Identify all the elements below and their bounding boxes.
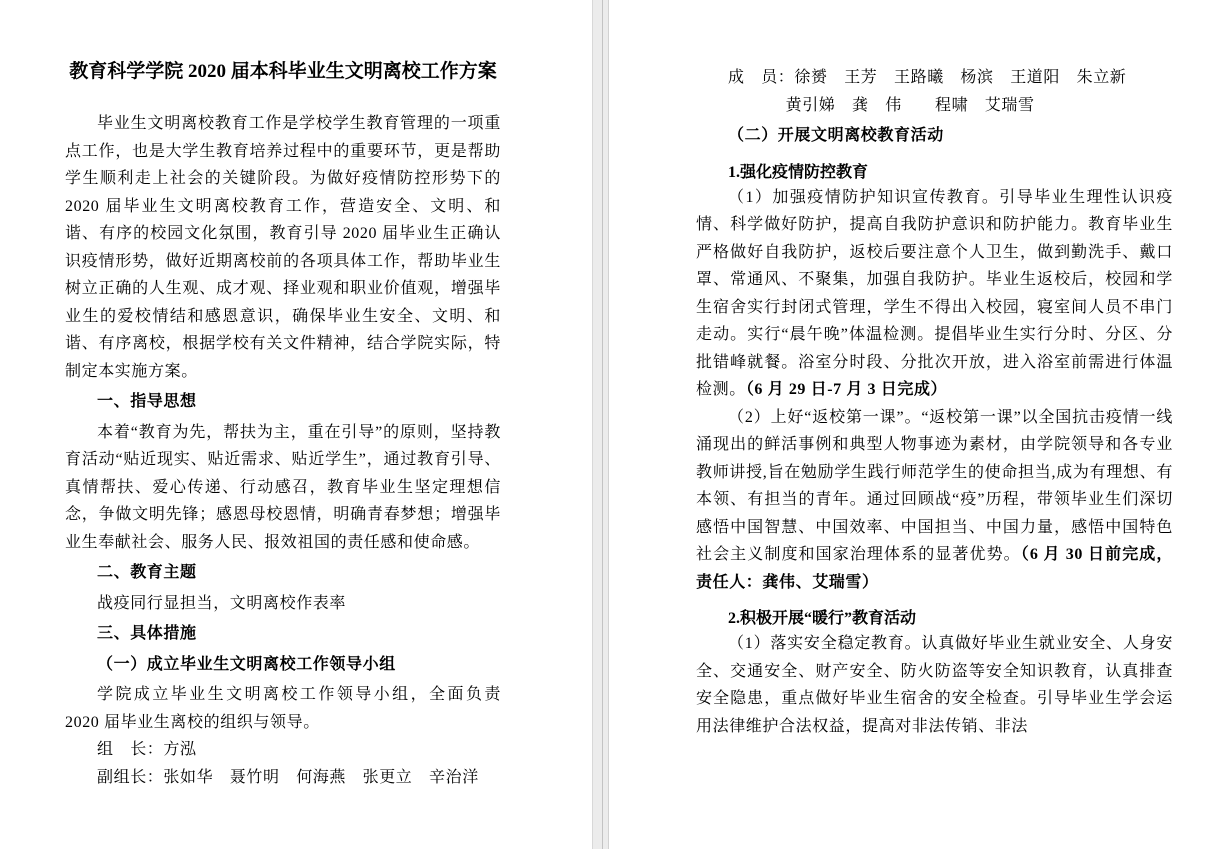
- document-page-right: 成 员：徐赟 王芳 王路曦 杨滨 王道阳 朱立新 黄引娣 龚 伟 程啸 艾瑞雪 …: [609, 0, 1209, 849]
- members-line-1: 成 员：徐赟 王芳 王路曦 杨滨 王道阳 朱立新: [696, 64, 1173, 92]
- document-page-left: 教育科学学院 2020 届本科毕业生文明离校工作方案 毕业生文明离校教育工作是学…: [0, 0, 592, 849]
- page-gutter: [592, 0, 609, 849]
- first-class-paragraph-text: （2）上好“返校第一课”。“返校第一课”以全国抗击疫情一线涌现出的鲜活事例和典型…: [696, 409, 1173, 564]
- section-heading-1: 一、指导思想: [65, 388, 501, 416]
- epidemic-paragraph: （1）加强疫情防护知识宣传教育。引导毕业生理性认识疫情、科学做好防护，提高自我防…: [696, 184, 1173, 404]
- document-title: 教育科学学院 2020 届本科毕业生文明离校工作方案: [65, 58, 501, 86]
- education-theme-line: 战疫同行显担当，文明离校作表率: [65, 590, 501, 618]
- first-class-paragraph: （2）上好“返校第一课”。“返校第一课”以全国抗击疫情一线涌现出的鲜活事例和典型…: [696, 404, 1173, 597]
- left-page-text-column: 教育科学学院 2020 届本科毕业生文明离校工作方案 毕业生文明离校教育工作是学…: [65, 58, 501, 791]
- right-page-text-column: 成 员：徐赟 王芳 王路曦 杨滨 王道阳 朱立新 黄引娣 龚 伟 程啸 艾瑞雪 …: [696, 64, 1173, 740]
- members-line-2: 黄引娣 龚 伟 程啸 艾瑞雪: [696, 92, 1173, 120]
- guiding-thought-paragraph: 本着“教育为先，帮扶为主，重在引导”的原则，坚持教育活动“贴近现实、贴近需求、贴…: [65, 419, 501, 557]
- safety-paragraph: （1）落实安全稳定教育。认真做好毕业生就业安全、人身安全、交通安全、财产安全、防…: [696, 630, 1173, 740]
- epidemic-deadline-note: （6 月 29 日-7 月 3 日完成）: [746, 381, 947, 398]
- leading-group-paragraph: 学院成立毕业生文明离校工作领导小组，全面负责 2020 届毕业生离校的组织与领导…: [65, 681, 501, 736]
- document-canvas: 教育科学学院 2020 届本科毕业生文明离校工作方案 毕业生文明离校教育工作是学…: [0, 0, 1209, 849]
- deputy-leaders-line: 副组长：张如华 聂竹明 何海燕 张更立 辛治洋: [65, 764, 501, 792]
- heading-warm-action: 2.积极开展“暖行”教育活动: [696, 605, 1173, 628]
- group-leader-line: 组 长：方泓: [65, 736, 501, 764]
- intro-paragraph: 毕业生文明离校教育工作是学校学生教育管理的一项重点工作，也是大学生教育培养过程中…: [65, 110, 501, 385]
- subsection-heading-3-1: （一）成立毕业生文明离校工作领导小组: [65, 651, 501, 679]
- section-heading-3: 三、具体措施: [65, 620, 501, 648]
- heading-epidemic-education: 1.强化疫情防控教育: [696, 159, 1173, 182]
- subsection-heading-3-2: （二）开展文明离校教育活动: [696, 122, 1173, 150]
- section-heading-2: 二、教育主题: [65, 559, 501, 587]
- epidemic-paragraph-text: （1）加强疫情防护知识宣传教育。引导毕业生理性认识疫情、科学做好防护，提高自我防…: [696, 189, 1173, 399]
